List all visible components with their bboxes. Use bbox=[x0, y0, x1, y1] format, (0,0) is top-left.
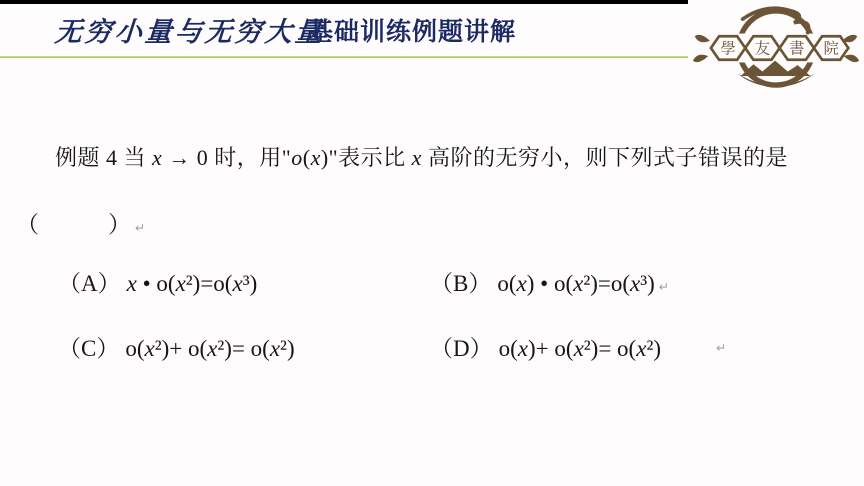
option-d-formula: o(x)+ o(x²)= o(x²) bbox=[499, 336, 661, 361]
lecture-slide: 无穷小量与无穷大量 基础训练例题讲解 bbox=[0, 0, 864, 486]
logo-char-4: 院 bbox=[823, 39, 838, 57]
paragraph-return-mark: ↵ bbox=[716, 341, 726, 355]
option-a: （A）x • o(x²)=o(x³) bbox=[58, 265, 257, 298]
paragraph-return-mark: ↵ bbox=[135, 221, 145, 235]
option-c: （C）o(x²)+ o(x²)= o(x²) bbox=[58, 330, 295, 363]
logo-char-3: 書 bbox=[789, 39, 804, 57]
option-c-formula: o(x²)+ o(x²)= o(x²) bbox=[125, 336, 294, 361]
lecture-subtitle: 基础训练例题讲解 bbox=[308, 12, 516, 48]
academy-logo-icon: 學 友 書 院 bbox=[690, 1, 862, 95]
top-black-bar bbox=[0, 0, 694, 4]
answer-blank-parens: （ ） bbox=[16, 212, 131, 237]
option-d-label: （D） bbox=[430, 336, 493, 361]
option-a-label: （A） bbox=[58, 271, 121, 296]
option-b: （B）o(x) • o(x²)=o(x³)↵ bbox=[430, 265, 669, 298]
option-d: （D）o(x)+ o(x²)= o(x²) bbox=[430, 330, 661, 363]
answer-blank: （ ）↵ bbox=[16, 206, 145, 239]
lecture-title: 无穷小量与无穷大量 bbox=[54, 10, 327, 49]
problem-stem: 例题 4 当 x → 0 时，用"o(x)"表示比 x 高阶的无穷小，则下列式子… bbox=[55, 141, 788, 172]
paragraph-return-mark: ↵ bbox=[659, 280, 669, 294]
option-c-label: （C） bbox=[58, 336, 119, 361]
option-a-formula: x • o(x²)=o(x³) bbox=[127, 271, 258, 296]
option-b-label: （B） bbox=[430, 271, 491, 296]
option-b-formula: o(x) • o(x²)=o(x³) bbox=[497, 271, 654, 296]
academy-logo: 學 友 書 院 bbox=[688, 0, 864, 96]
header-accent-line bbox=[0, 56, 720, 58]
logo-char-1: 學 bbox=[720, 39, 735, 57]
logo-char-2: 友 bbox=[755, 39, 770, 57]
